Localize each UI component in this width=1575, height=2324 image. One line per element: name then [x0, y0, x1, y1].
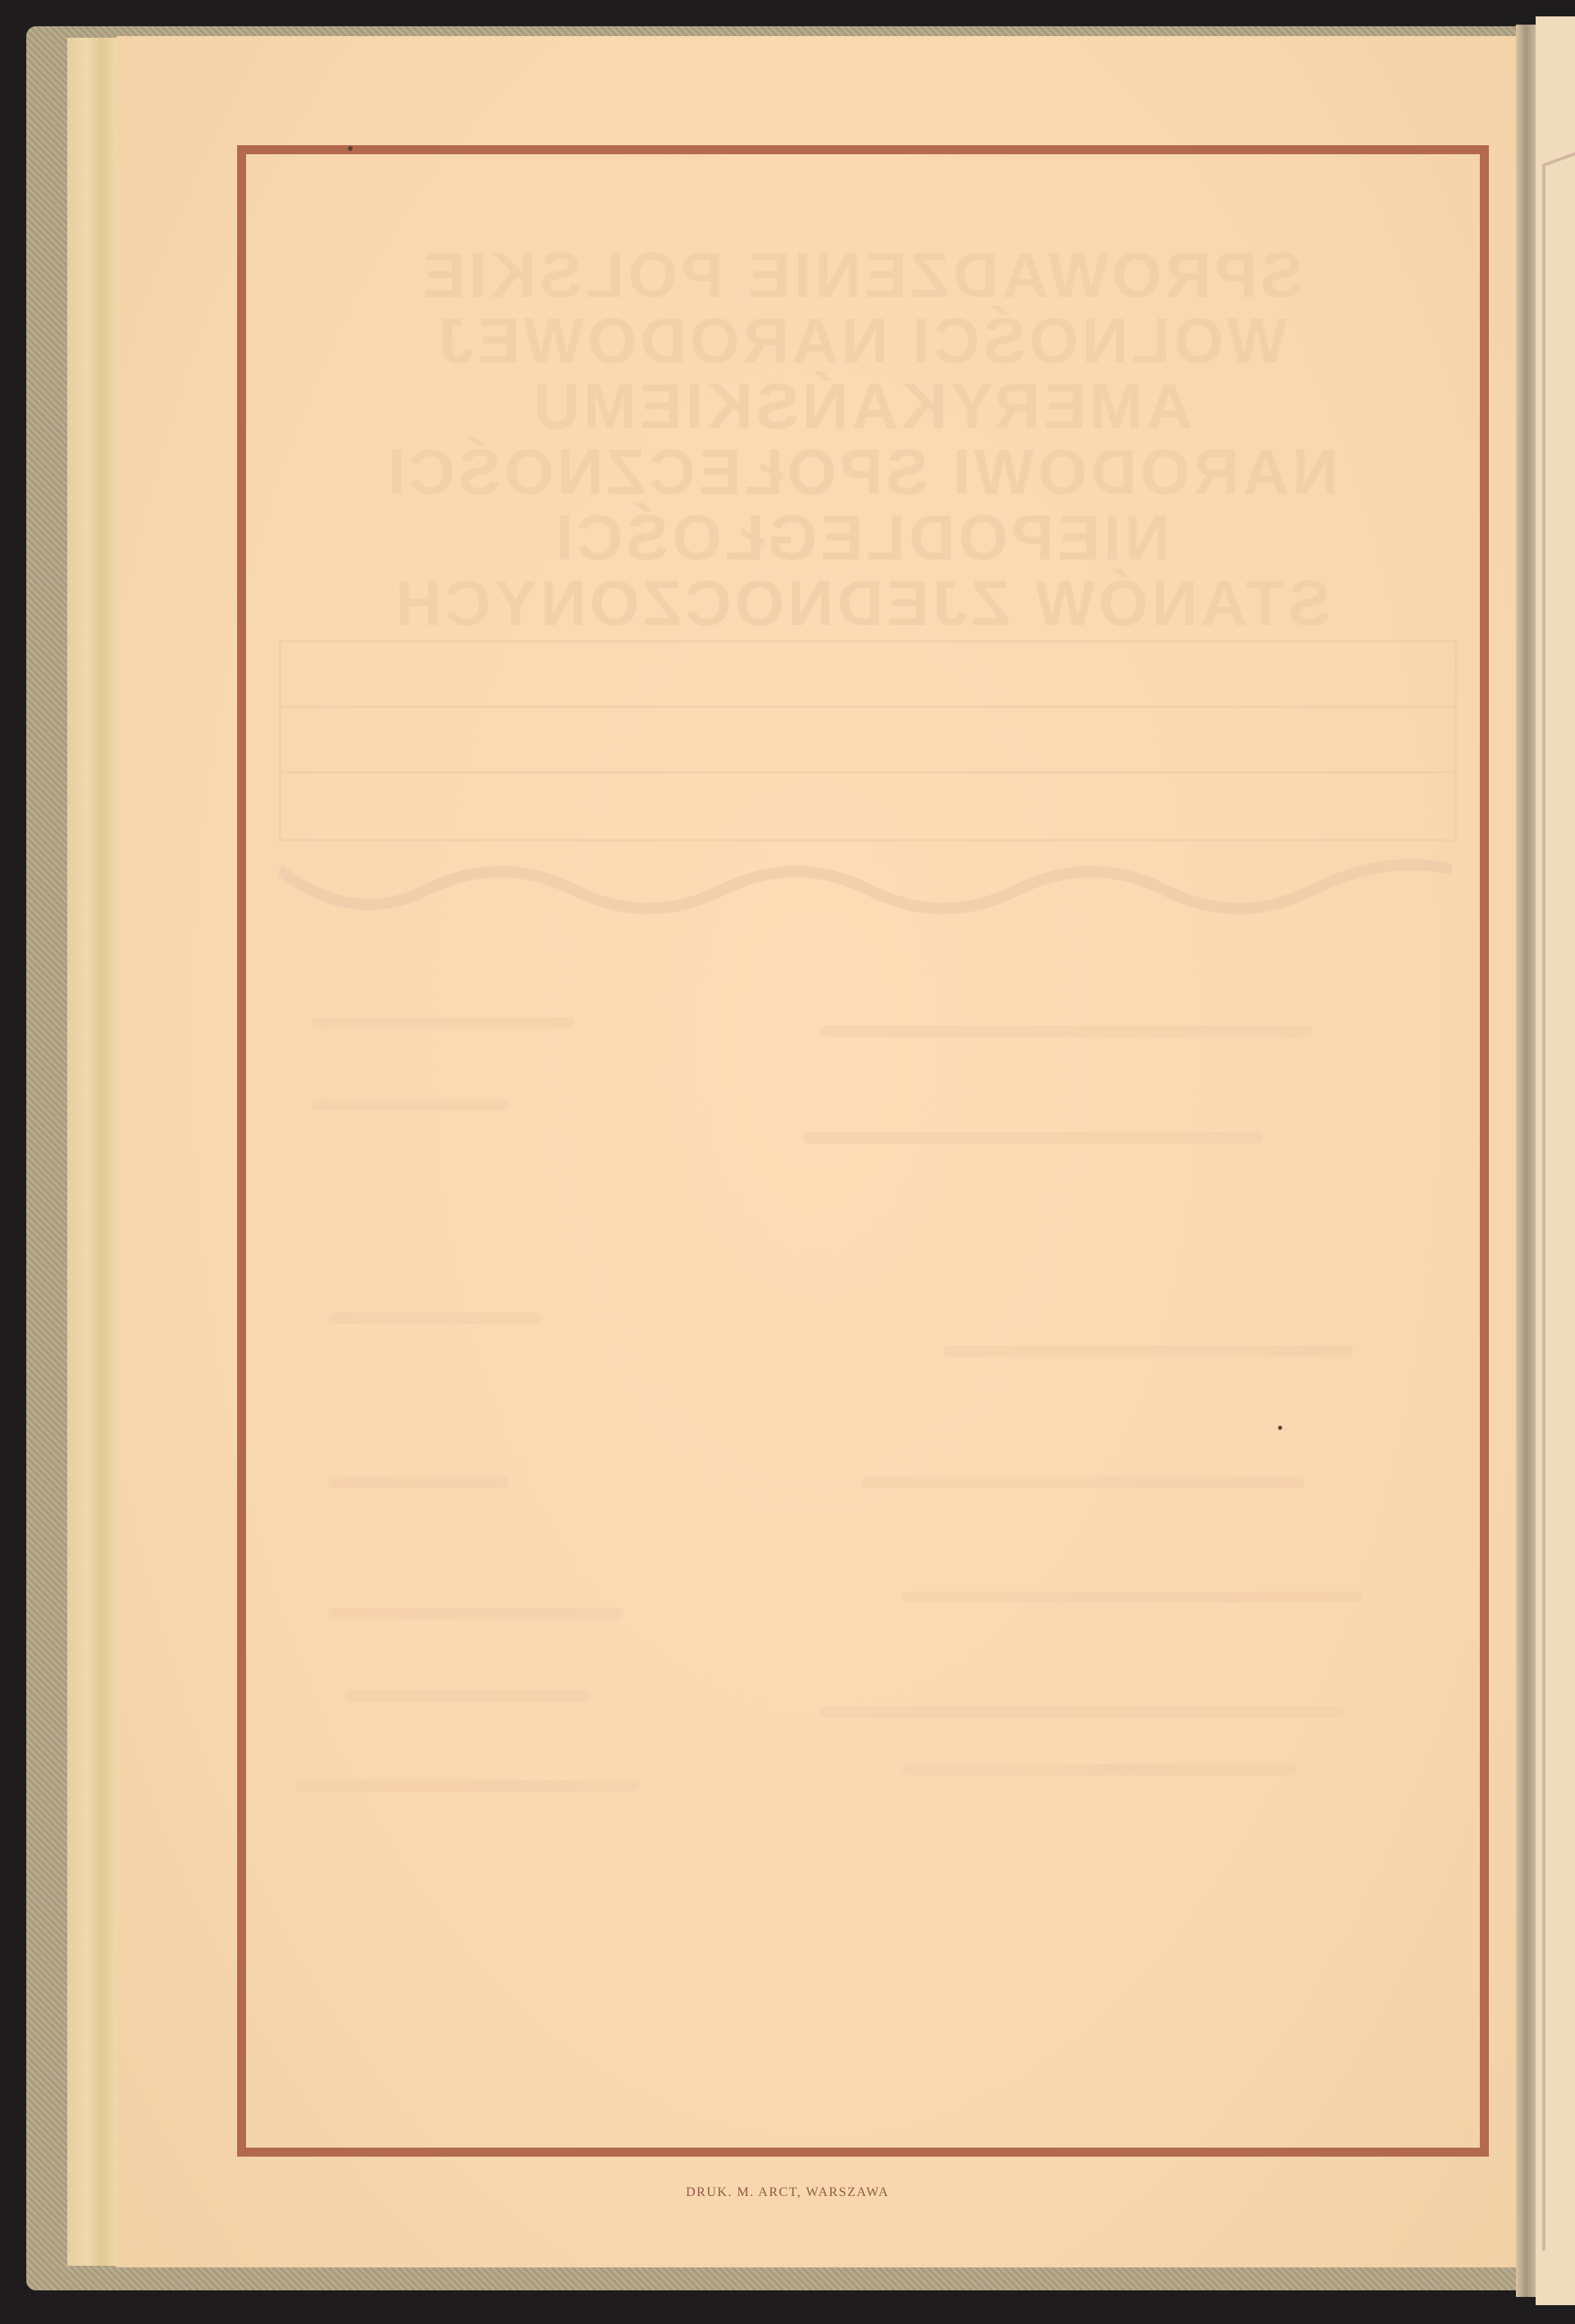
paper-speck: [348, 146, 353, 151]
page-stack-edge: [67, 38, 116, 2266]
paper-speck: [1278, 1426, 1282, 1430]
facing-page-frame: [1542, 151, 1575, 2251]
facing-page-edge: [1536, 16, 1575, 2305]
page-border-frame: [237, 145, 1489, 2157]
book-gutter: [1516, 25, 1536, 2297]
printer-imprint: DRUK. M. ARCT, WARSZAWA: [0, 2185, 1575, 2200]
